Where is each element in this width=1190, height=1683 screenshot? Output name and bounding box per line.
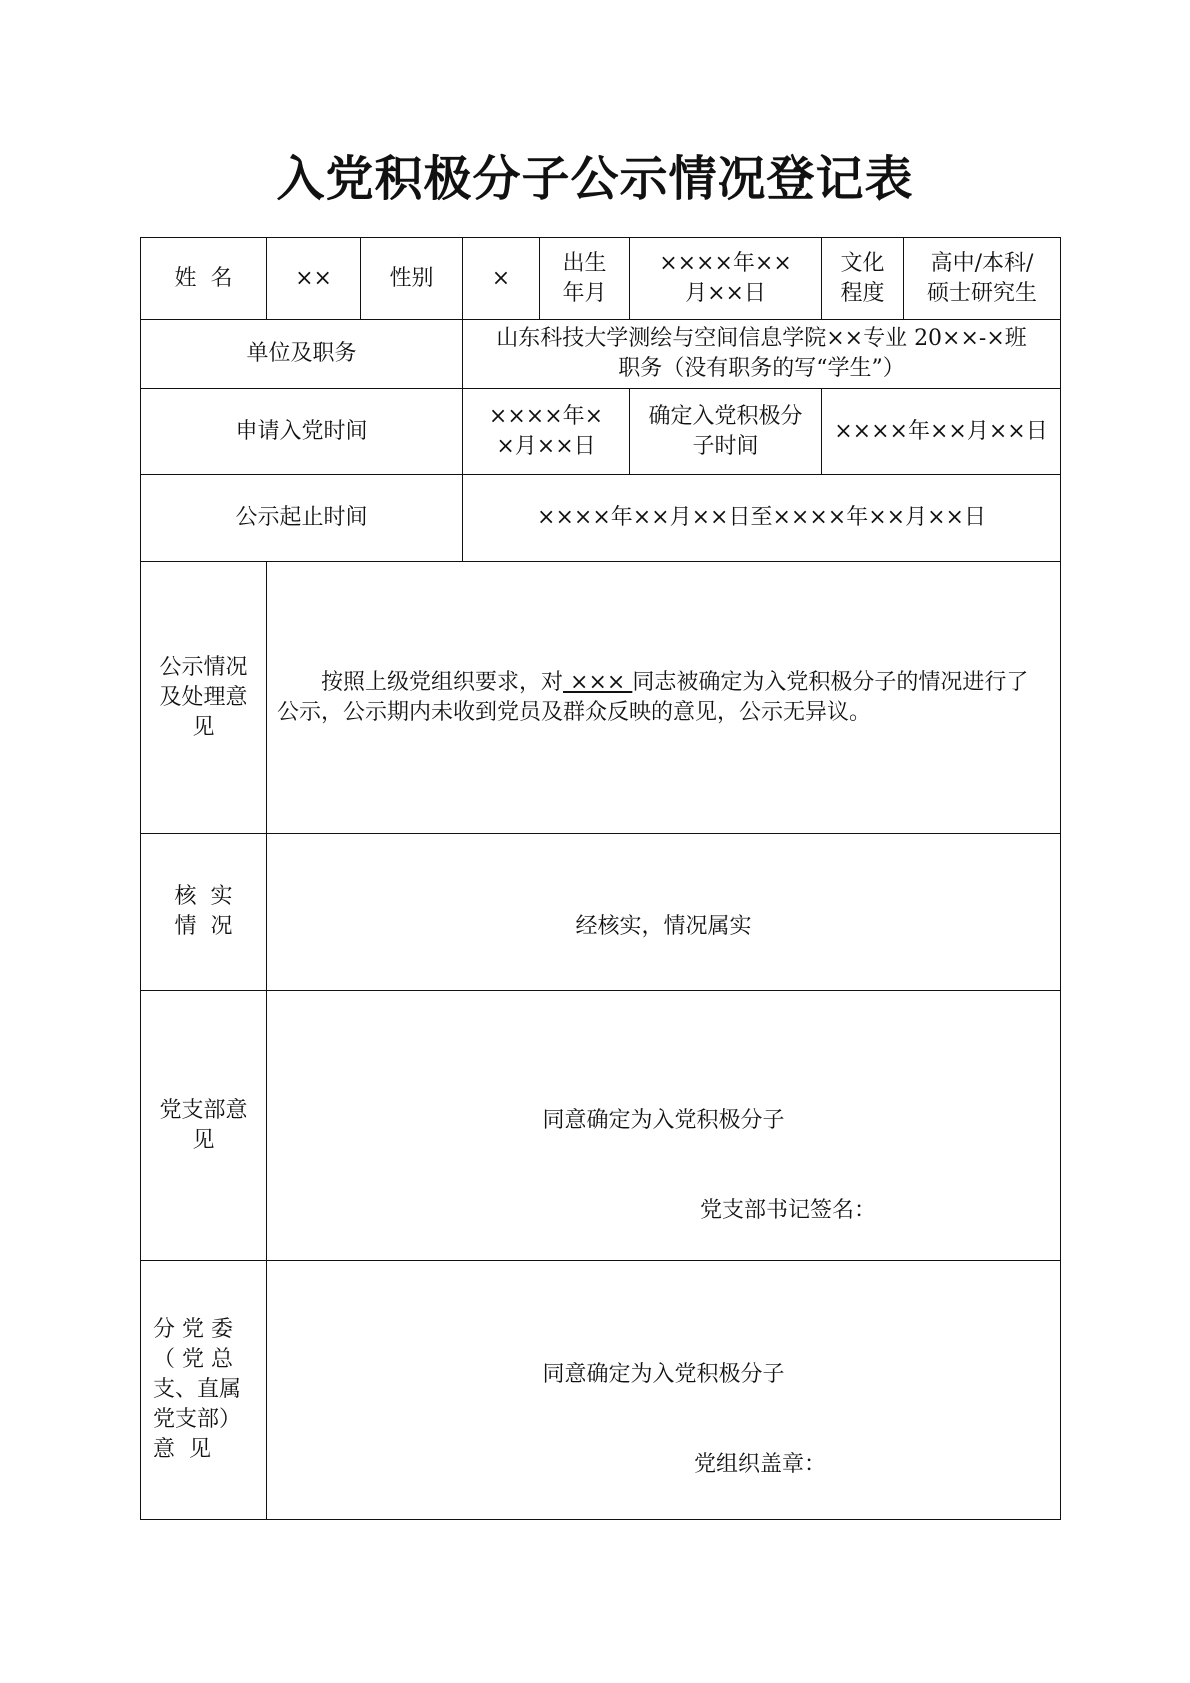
publicity-period-value: ××××年××月××日至××××年××月××日 — [463, 475, 1061, 562]
committee-opinion-value: 同意确定为入党积极分子 — [271, 1360, 1056, 1390]
verification-value: 经核实，情况属实 — [267, 834, 1061, 991]
name-value: ×× — [267, 238, 361, 320]
label-line1: 公示情况 — [159, 655, 247, 680]
gender-label: 性别 — [361, 238, 463, 320]
committee-opinion-cell: 同意确定为入党积极分子 党组织盖章： — [267, 1261, 1061, 1520]
name-label: 姓 名 — [141, 238, 267, 320]
birth-label-line2: 年月 — [562, 281, 606, 306]
label-line2: 见 — [192, 1128, 214, 1153]
birth-value-line1: ××××年×× — [659, 251, 792, 276]
apply-value-line1: ××××年× — [489, 404, 603, 429]
label-line1: 核 实 — [175, 884, 233, 909]
label-line2: 情 况 — [175, 914, 233, 939]
branch-opinion-label: 党支部意见 — [141, 991, 267, 1261]
verification-label: 核 实情 况 — [141, 834, 267, 991]
birth-value: ××××年××月××日 — [630, 238, 822, 320]
apply-time-label: 申请入党时间 — [141, 389, 463, 475]
publicity-result-text: 按照上级党组织要求，对 ××× 同志被确定为入党积极分子的情况进行了公示，公示期… — [267, 562, 1061, 834]
committee-opinion-label: 分 党 委（ 党 总支、直属党支部）意 见 — [141, 1261, 267, 1520]
education-label: 文化程度 — [822, 238, 904, 320]
birth-label: 出生年月 — [540, 238, 630, 320]
unit-position-value: 山东科技大学测绘与空间信息学院××专业 20××-×班职务（没有职务的写“学生”… — [463, 320, 1061, 389]
row-basic-info: 姓 名 ×× 性别 × 出生年月 ××××年××月××日 文化程度 高中/本科/… — [141, 238, 1061, 320]
document-title: 入党积极分子公示情况登记表 — [0, 140, 1190, 209]
unit-value-line1: 山东科技大学测绘与空间信息学院××专业 20××-×班 — [496, 326, 1027, 351]
education-value-line1: 高中/本科/ — [931, 251, 1034, 276]
education-value-line2: 硕士研究生 — [927, 281, 1037, 306]
party-organization-seal: 党组织盖章： — [271, 1450, 1056, 1480]
row-branch-opinion: 党支部意见 同意确定为入党积极分子 党支部书记签名： — [141, 991, 1061, 1261]
row-publicity-period: 公示起止时间 ××××年××月××日至××××年××月××日 — [141, 475, 1061, 562]
row-committee-opinion: 分 党 委（ 党 总支、直属党支部）意 见 同意确定为入党积极分子 党组织盖章： — [141, 1261, 1061, 1520]
confirm-time-label: 确定入党积极分子时间 — [630, 389, 822, 475]
confirm-time-value: ××××年××月××日 — [822, 389, 1061, 475]
label-line3: 支、直属 — [153, 1377, 241, 1402]
apply-value-line2: ×月××日 — [496, 434, 595, 459]
label-line1: 党支部意 — [159, 1098, 247, 1123]
confirm-label-line1: 确定入党积极分 — [648, 404, 802, 429]
unit-position-label: 单位及职务 — [141, 320, 463, 389]
label-line1: 分 党 委 — [153, 1317, 233, 1342]
nominee-name: ××× — [563, 670, 632, 695]
row-publicity-result: 公示情况及处理意见 按照上级党组织要求，对 ××× 同志被确定为入党积极分子的情… — [141, 562, 1061, 834]
label-line5: 意 见 — [153, 1437, 211, 1462]
label-line2: 及处理意 — [159, 685, 247, 710]
education-label-line1: 文化 — [840, 251, 884, 276]
registration-form-table: 姓 名 ×× 性别 × 出生年月 ××××年××月××日 文化程度 高中/本科/… — [140, 237, 1061, 1520]
birth-label-line1: 出生 — [562, 251, 606, 276]
unit-value-line2: 职务（没有职务的写“学生”） — [618, 356, 905, 381]
confirm-label-line2: 子时间 — [692, 434, 758, 459]
label-line4: 党支部） — [153, 1407, 241, 1432]
label-line3: 见 — [192, 715, 214, 740]
text-before: 按照上级党组织要求，对 — [321, 670, 563, 695]
row-unit-position: 单位及职务 山东科技大学测绘与空间信息学院××专业 20××-×班职务（没有职务… — [141, 320, 1061, 389]
apply-time-value: ××××年××月××日 — [463, 389, 630, 475]
publicity-result-label: 公示情况及处理意见 — [141, 562, 267, 834]
label-line2: （ 党 总 — [153, 1347, 233, 1372]
row-application-time: 申请入党时间 ××××年××月××日 确定入党积极分子时间 ××××年××月××… — [141, 389, 1061, 475]
birth-value-line2: 月××日 — [685, 281, 766, 306]
branch-secretary-signature: 党支部书记签名： — [271, 1196, 1056, 1226]
gender-value: × — [463, 238, 540, 320]
education-label-line2: 程度 — [840, 281, 884, 306]
branch-opinion-cell: 同意确定为入党积极分子 党支部书记签名： — [267, 991, 1061, 1261]
publicity-period-label: 公示起止时间 — [141, 475, 463, 562]
row-verification: 核 实情 况 经核实，情况属实 — [141, 834, 1061, 991]
education-value: 高中/本科/硕士研究生 — [904, 238, 1061, 320]
branch-opinion-value: 同意确定为入党积极分子 — [271, 1106, 1056, 1136]
